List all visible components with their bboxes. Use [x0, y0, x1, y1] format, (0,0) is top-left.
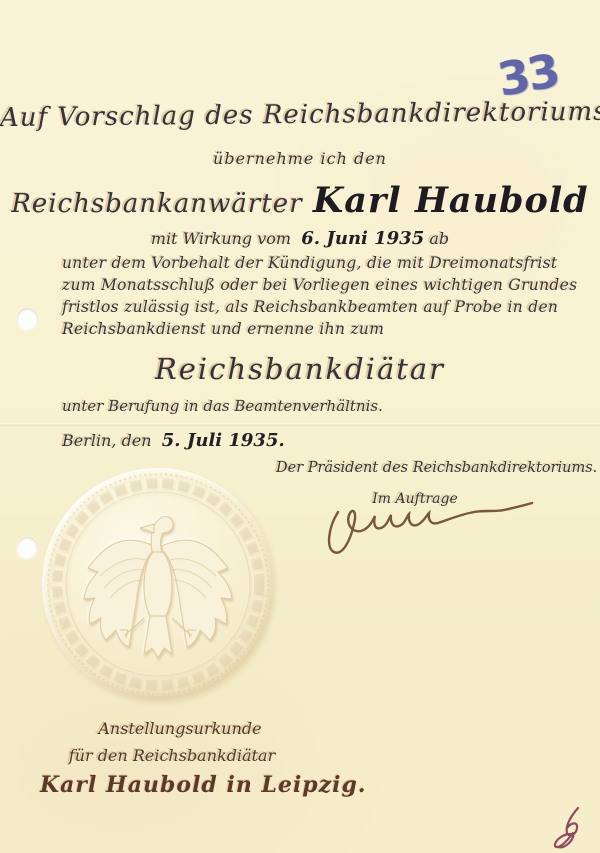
- heading-uebernehme-line: übernehme ich den: [0, 149, 600, 168]
- fold-crease: [0, 423, 600, 427]
- scanned-certificate-page: 33 Auf Vorschlag des Reichsbankdirektori…: [0, 0, 600, 853]
- body-line-2: zum Monatsschluß oder bei Vorliegen eine…: [62, 276, 577, 294]
- body-line-1: unter dem Vorbehalt der Kündigung, die m…: [62, 254, 557, 272]
- issue-date: 5. Juli 1935.: [162, 430, 285, 451]
- signer-office-line: Der Präsident des Reichsbankdirektoriums…: [276, 460, 592, 476]
- footer-for-line: für den Reichsbankdiätar: [52, 746, 292, 765]
- body-line-4: Reichsbankdienst und ernenne ihn zum: [62, 320, 384, 338]
- heading-proposal-line: Auf Vorschlag des Reichsbankdirektoriums: [0, 97, 600, 133]
- corner-pencil-mark: [548, 806, 588, 850]
- punch-hole-bottom: [14, 534, 41, 562]
- embossed-seal: [42, 468, 274, 700]
- tenure-clause-line: unter Berufung in das Beamtenverhältnis.: [62, 397, 383, 415]
- body-line-3: fristlos zulässig ist, als Reichsbankbea…: [62, 298, 558, 316]
- footer-name-line: Karl Haubold in Leipzig.: [40, 772, 367, 798]
- place-date-line: Berlin, den 5. Juli 1935.: [62, 430, 285, 451]
- punch-hole-top: [17, 308, 38, 330]
- recipient-title: Reichsbankanwärter: [11, 189, 302, 219]
- effect-date: 6. Juni 1935: [301, 228, 424, 249]
- signature-scribble: [322, 498, 542, 564]
- footer-doc-type: Anstellungsurkunde: [70, 719, 290, 738]
- appointed-title-line: Reichsbankdiätar: [0, 352, 600, 386]
- effective-date-line: mit Wirkung vom 6. Juni 1935 ab: [0, 228, 600, 249]
- recipient-line: Reichsbankanwärter Karl Haubold: [0, 180, 600, 221]
- effect-suffix: ab: [429, 229, 449, 248]
- reichsadler-eagle-icon: [42, 468, 274, 700]
- place-printed: Berlin, den: [62, 431, 152, 450]
- recipient-name: Karl Haubold: [313, 180, 589, 221]
- effect-prefix: mit Wirkung vom: [151, 229, 291, 248]
